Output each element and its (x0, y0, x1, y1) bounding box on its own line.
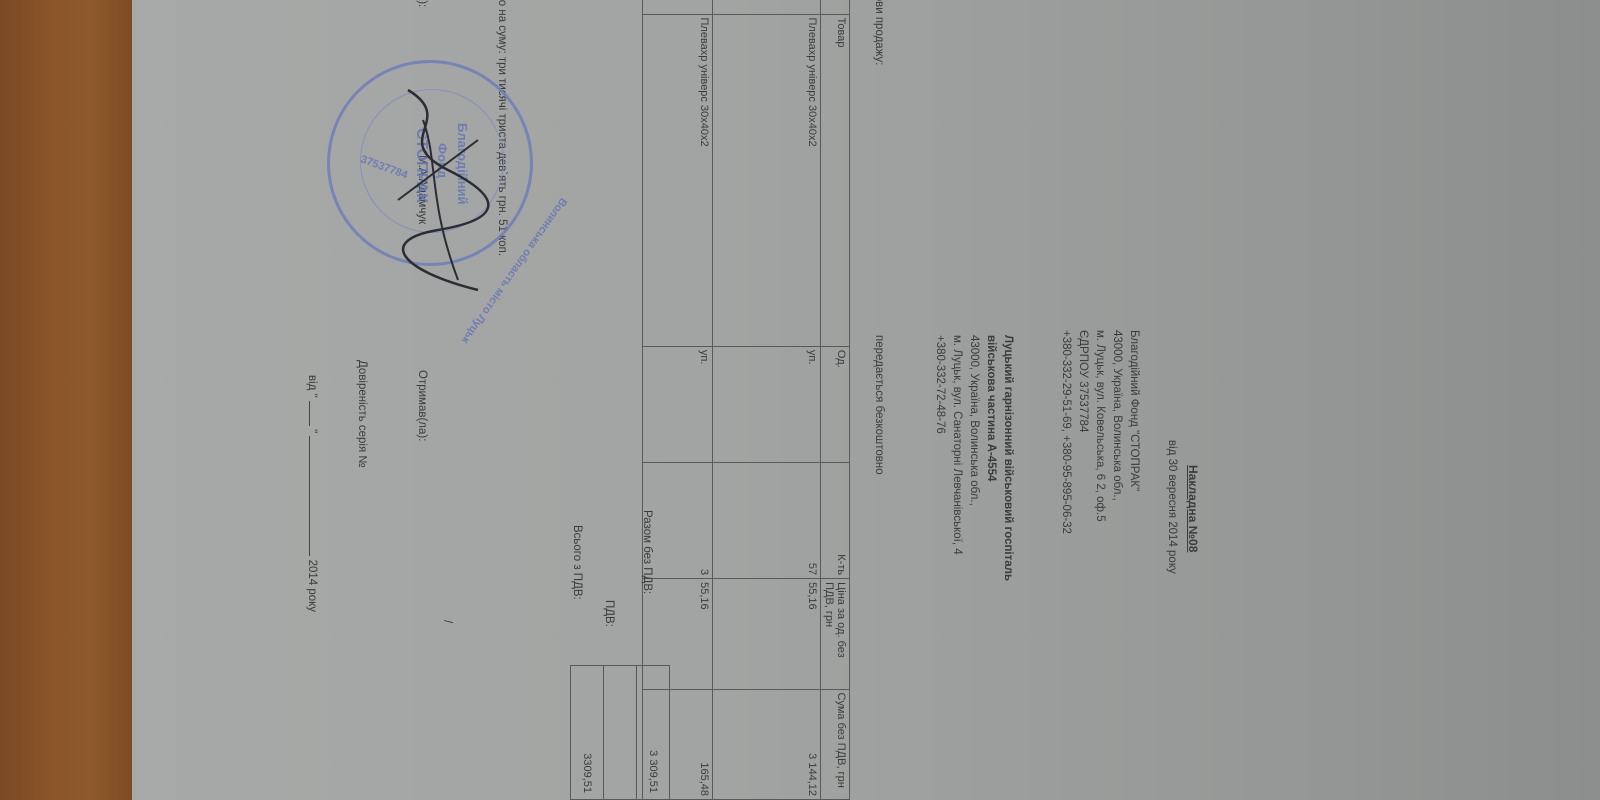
from-date-prefix: від " (306, 375, 318, 398)
cell-number (713, 0, 821, 14)
receiver-name-2: військова частина А-4554 (982, 335, 999, 581)
cell-price: 55,16 (713, 579, 821, 689)
col-header-number: № п/п (821, 0, 850, 14)
table-row: Плевахр універс 30x40x2 уп. 57 55,16 3 1… (713, 0, 821, 800)
from-date-line: від " " 2014 року (306, 375, 318, 612)
supplier-address-1: 43000, Україна, Волинська обл., (1108, 330, 1125, 534)
supplier-phones: +380-332-29-51-69, +380-95-895-06-32 (1057, 330, 1074, 534)
col-header-sum: Сума без ПДВ, грн (821, 689, 850, 799)
supplier-edrpou: ЄДРПОУ 37537784 (1074, 330, 1091, 534)
subtotal-value: 3 309,51 (637, 666, 670, 800)
cell-number (643, 0, 713, 14)
received-value: / (441, 620, 453, 623)
total-label: Всього з ПДВ: (571, 525, 583, 600)
totals-table: 3 309,51 3309,51 (570, 665, 670, 800)
cell-item: Плевахр універс 30x40x2 (713, 14, 821, 346)
power-of-attorney: Довіреність серія № (356, 360, 368, 468)
receiver-phone: +380-332-72-48-76 (931, 335, 948, 581)
goods-table: № п/п Товар Од. К-ть Ціна за од. без ПДВ… (642, 0, 850, 800)
vat-label: ПДВ: (603, 600, 615, 627)
issued-label: Видав(ла): (416, 0, 428, 7)
cell-qty: 3 (643, 463, 713, 579)
cell-item: Плевахр універс 30x40x2 (643, 14, 713, 346)
invoice-date: від 30 вересня 2014 року (1166, 440, 1178, 574)
vat-value (604, 666, 637, 800)
receiver-address-1: 43000, Україна, Волинська обл., (965, 335, 982, 581)
invoice-document: Накладна №08 від 30 вересня 2014 року По… (0, 0, 1468, 800)
col-header-qty: К-ть (821, 463, 850, 579)
col-header-item: Товар (821, 14, 850, 346)
received-label: Отримав(ла): (416, 370, 428, 441)
col-header-unit: Од. (821, 346, 850, 462)
supplier-name: Благодійний Фонд "СТОПРАК" (1125, 330, 1142, 534)
cell-unit: уп. (713, 346, 821, 462)
terms-label: Умови продажу: (873, 0, 885, 65)
col-header-price: Ціна за од. без ПДВ, грн (821, 579, 850, 689)
from-date-suffix: 2014 року (306, 560, 318, 612)
cell-unit: уп. (643, 346, 713, 462)
table-header-row: № п/п Товар Од. К-ть Ціна за од. без ПДВ… (821, 0, 850, 800)
supplier-block: Благодійний Фонд "СТОПРАК" 43000, Україн… (1057, 330, 1142, 534)
invoice-title: Накладна №08 (1186, 465, 1200, 552)
total-value: 3309,51 (571, 666, 604, 800)
receiver-address-2: м. Луцьк, вул. Санаторні Левчанівської, … (948, 335, 965, 581)
subtotal-label: Разом без ПДВ: (641, 510, 653, 594)
handwritten-signature (368, 80, 518, 310)
receiver-block: Луцький гарнізонний військовий госпіталь… (931, 335, 1016, 581)
terms-value: передається безкоштовно (873, 335, 885, 475)
supplier-address-2: м. Луцьк, вул. Ковельська, 6 2, оф.5 (1091, 330, 1108, 534)
cell-qty: 57 (713, 463, 821, 579)
receiver-name-1: Луцький гарнізонний військовий госпіталь (999, 335, 1016, 581)
cell-sum: 3 144,12 (713, 689, 821, 799)
